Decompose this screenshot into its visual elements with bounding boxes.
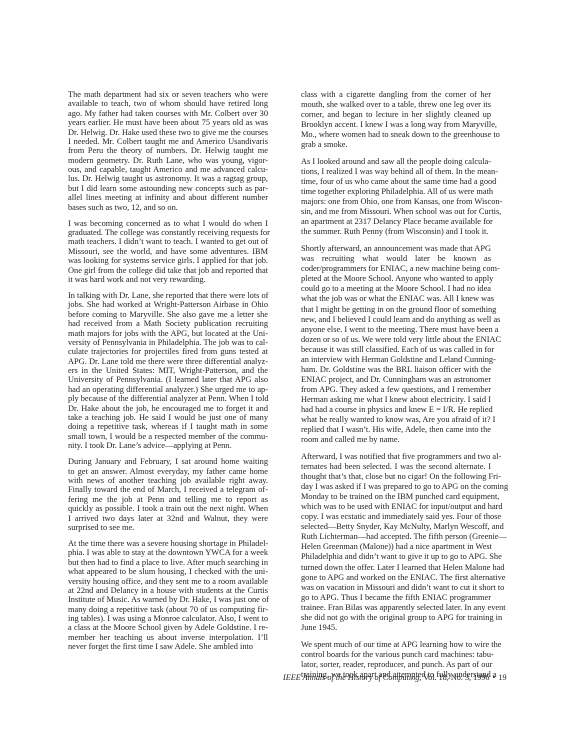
text-line: room and called me by name. bbox=[301, 435, 491, 445]
text-line: math teachers. I didn’t want to teach. I… bbox=[68, 237, 268, 246]
text-line: coder/programmers for ENIAC, a new machi… bbox=[301, 264, 491, 274]
text-line: Mo., where women had to sneak down to th… bbox=[301, 130, 491, 140]
text-line: turned down the offer. Later I learned t… bbox=[301, 563, 491, 573]
text-line: many doing a repetitive task (about 70 o… bbox=[68, 605, 268, 614]
text-line: Philadelphia and didn’t want to give it … bbox=[301, 552, 491, 562]
text-line: dozen or so of us. We were told very lit… bbox=[301, 335, 491, 345]
text-line: from APG. They asked a few questions, an… bbox=[301, 385, 491, 395]
text-line: At the time there was a severe housing s… bbox=[68, 539, 268, 548]
text-line: ers in the United States: MIT, Wright-Pa… bbox=[68, 366, 268, 375]
text-line: APG. Dr. Lane told me there were three d… bbox=[68, 357, 268, 366]
text-line: years earlier. He must have been about 7… bbox=[68, 118, 268, 127]
text-line: Herman asking me what I knew about elect… bbox=[301, 395, 491, 405]
paragraph: I was becoming concerned as to what I wo… bbox=[68, 219, 268, 285]
left-column: The math department had six or seven tea… bbox=[68, 90, 268, 658]
text-line: ing tables). I was using a Monroe calcul… bbox=[68, 614, 268, 623]
text-line: what appeared to be slum housing, I chec… bbox=[68, 567, 268, 576]
text-line: majors: one from Ohio, one from Kansas, … bbox=[301, 197, 491, 207]
text-line: nity. I took Dr. Lane’s advice—applying … bbox=[68, 441, 268, 450]
text-line: gone to APG and worked on the ENIAC. The… bbox=[301, 573, 491, 583]
text-line: with news of another teaching job availa… bbox=[68, 476, 268, 485]
page-number: 19 bbox=[498, 673, 506, 682]
text-line: what he really wanted to know was, Are y… bbox=[301, 415, 491, 425]
journal-page: The math department had six or seven tea… bbox=[0, 0, 580, 750]
text-line: thought that’s that, close but no cigar!… bbox=[301, 472, 491, 482]
text-line: tions, I realized I was way behind all o… bbox=[301, 167, 491, 177]
text-line: that I might be getting in on the ground… bbox=[301, 305, 491, 315]
text-line: jobs. She had worked at Wright-Patterson… bbox=[68, 300, 268, 309]
text-line: Dr. Helwig. Dr. Hake used these two to g… bbox=[68, 128, 268, 137]
text-line: One girl from the college did take that … bbox=[68, 266, 268, 275]
text-line: take a teaching job. He said I would be … bbox=[68, 413, 268, 422]
text-line: fering me the job at Penn and telling me… bbox=[68, 495, 268, 504]
paragraph: Afterward, I was notified that five prog… bbox=[301, 452, 491, 633]
text-line: math majors for jobs with the APG, but l… bbox=[68, 329, 268, 338]
text-line: a class at the Moore School given by Ade… bbox=[68, 623, 268, 632]
paragraph: In talking with Dr. Lane, she reported t… bbox=[68, 291, 268, 450]
text-line: time, four of us who came about the same… bbox=[301, 177, 491, 187]
text-line: ternates had been selected. I was the se… bbox=[301, 462, 491, 472]
text-line: had had a course in physics and knew E =… bbox=[301, 405, 491, 415]
text-line: grab a smoke. bbox=[301, 140, 491, 150]
text-line: I arrived two days later at 32nd and Wal… bbox=[68, 514, 268, 523]
bullet-separator: • bbox=[493, 673, 496, 682]
text-line: had received from a Math Society publica… bbox=[68, 319, 268, 328]
text-line: which was to be used with ENIAC for inpu… bbox=[301, 502, 491, 512]
text-line: but then had to find a place to live. Af… bbox=[68, 558, 268, 567]
text-line: because it was still classified. Each of… bbox=[301, 345, 491, 355]
text-line: the summer. Ruth Penny (from Wisconsin) … bbox=[301, 227, 491, 237]
text-line: Helen Greenman (Malone)) had a nice apar… bbox=[301, 542, 491, 552]
text-line: University of Pennsylvania. (I learned l… bbox=[68, 375, 268, 384]
text-line: she did not go with the original group t… bbox=[301, 613, 491, 623]
text-line: lus. Dr. Helwig taught us astronomy. It … bbox=[68, 174, 268, 183]
text-line: Missouri, see the world, and have some a… bbox=[68, 247, 268, 256]
paragraph: At the time there was a severe housing s… bbox=[68, 539, 268, 652]
text-line: at 22nd and Delancy in a house with stud… bbox=[68, 586, 268, 595]
text-line: surprised to see me. bbox=[68, 523, 268, 532]
text-line: Ruth Lichterman—had accepted. The fifth … bbox=[301, 532, 491, 542]
text-line: it was hard work and not very rewarding. bbox=[68, 275, 268, 284]
text-line: Brooklyn accent. I knew I was a long way… bbox=[301, 120, 491, 130]
text-line: As I looked around and saw all the peopl… bbox=[301, 157, 491, 167]
text-line: Finally toward the end of March, I recei… bbox=[68, 485, 268, 494]
text-line: what the job was or what the ENIAC was. … bbox=[301, 294, 491, 304]
right-column: class with a cigarette dangling from the… bbox=[301, 90, 491, 687]
text-line: copy. I was ecstatic and immediately sai… bbox=[301, 512, 491, 522]
text-line: small town, I would be a respected membe… bbox=[68, 432, 268, 441]
text-line: replied that I wasn’t. His wife, Adele, … bbox=[301, 425, 491, 435]
text-line: an apartment at 2317 Delancy Place becam… bbox=[301, 217, 491, 227]
text-line: mouth, she walked over to a table, threw… bbox=[301, 100, 491, 110]
text-line: trainee. Fran Bilas was apparently selec… bbox=[301, 603, 491, 613]
text-line: modern geometry. Dr. Ruth Lane, who was … bbox=[68, 156, 268, 165]
text-line: class with a cigarette dangling from the… bbox=[301, 90, 491, 100]
text-line: available to teach, two of whom should h… bbox=[68, 99, 268, 108]
text-line: versity housing office, and they sent me… bbox=[68, 577, 268, 586]
paragraph: class with a cigarette dangling from the… bbox=[301, 90, 491, 150]
text-line: was on vacation in Missouri and didn’t w… bbox=[301, 583, 491, 593]
text-line: bases such as two, 12, and so on. bbox=[68, 203, 268, 212]
page-footer: IEEE Annals of the History of Computing,… bbox=[283, 673, 489, 682]
issue-info: , Vol. 18, No. 3, 1996 bbox=[419, 673, 489, 682]
text-line: June 1945. bbox=[301, 623, 491, 633]
text-line: new, and I believed I could learn and do… bbox=[301, 315, 491, 325]
text-line: During January and February, I sat aroun… bbox=[68, 457, 268, 466]
text-line: time together exploring Philadelphia. Al… bbox=[301, 187, 491, 197]
text-line: was looking for systems service girls. I… bbox=[68, 256, 268, 265]
text-line: I was becoming concerned as to what I wo… bbox=[68, 219, 268, 228]
text-line: Dr. Hake about the job, he encouraged me… bbox=[68, 404, 268, 413]
text-line: day I was asked if I was prepared to go … bbox=[301, 482, 491, 492]
text-line: Monday to be trained on the IBM punched … bbox=[301, 492, 491, 502]
text-line: anyone else. I went to the meeting. Ther… bbox=[301, 325, 491, 335]
text-line: ENIAC project, and Dr. Cunningham was an… bbox=[301, 375, 491, 385]
text-line: sin, and me from Missouri. When school w… bbox=[301, 207, 491, 217]
text-line: could go to a meeting at the Moore Schoo… bbox=[301, 284, 491, 294]
text-line: quickly as possible. I took a train out … bbox=[68, 504, 268, 513]
paragraph: During January and February, I sat aroun… bbox=[68, 457, 268, 532]
text-line: Afterward, I was notified that five prog… bbox=[301, 452, 491, 462]
text-line: graduated. The college was constantly re… bbox=[68, 228, 268, 237]
text-line: In talking with Dr. Lane, she reported t… bbox=[68, 291, 268, 300]
text-line: allel lines meeting at infinity and abou… bbox=[68, 193, 268, 202]
text-line: corner, and began to lecture in her slig… bbox=[301, 110, 491, 120]
text-line: but I did learn some astounding new conc… bbox=[68, 184, 268, 193]
text-line: from Peru the theory of numbers. Dr. Hel… bbox=[68, 146, 268, 155]
text-line: versity of Pennsylvania in Philadelphia.… bbox=[68, 338, 268, 347]
text-line: member her teaching us about inverse int… bbox=[68, 633, 268, 642]
paragraph: Shortly afterward, an announcement was m… bbox=[301, 244, 491, 445]
text-line: Institute of Music. As warned by Dr. Hak… bbox=[68, 595, 268, 604]
paragraph: The math department had six or seven tea… bbox=[68, 90, 268, 212]
text-line: was recruiting what would later be known… bbox=[301, 254, 491, 264]
text-line: pleted at the Moore School. Anyone who w… bbox=[301, 274, 491, 284]
journal-title: IEEE Annals of the History of Computing bbox=[283, 673, 419, 682]
text-line: to get an answer. Almost everyday, my fa… bbox=[68, 467, 268, 476]
text-line: had an operating differential analyzer.)… bbox=[68, 385, 268, 394]
text-line: doing a repetitive task, whereas if I ta… bbox=[68, 422, 268, 431]
text-line: phia. I was able to stay at the downtown… bbox=[68, 548, 268, 557]
text-line: lator, sorter, reader, reproducer, and p… bbox=[301, 660, 491, 670]
text-line: ous, and capable, taught Americo and me … bbox=[68, 165, 268, 174]
paragraph: As I looked around and saw all the peopl… bbox=[301, 157, 491, 237]
text-line: go to APG. Thus I became the fifth ENIAC… bbox=[301, 593, 491, 603]
text-line: culate trajectories for projectiles fire… bbox=[68, 347, 268, 356]
text-line: ago. My father had taken courses with Mr… bbox=[68, 109, 268, 118]
text-line: before coming to Maryville. She also gav… bbox=[68, 310, 268, 319]
text-line: selected—Betty Snyder, Kay McNulty, Marl… bbox=[301, 522, 491, 532]
text-line: The math department had six or seven tea… bbox=[68, 90, 268, 99]
text-line: I needed. Mr. Colbert taught me and Amer… bbox=[68, 137, 268, 146]
text-line: Shortly afterward, an announcement was m… bbox=[301, 244, 491, 254]
text-line: ham. Dr. Goldstine was the BRL liaison o… bbox=[301, 365, 491, 375]
text-line: an interview with Herman Goldstine and L… bbox=[301, 355, 491, 365]
text-line: We spent much of our time at APG learnin… bbox=[301, 640, 491, 650]
text-line: ply because of the differential analyzer… bbox=[68, 394, 268, 403]
text-line: never forget the first time I saw Adele.… bbox=[68, 642, 268, 651]
text-line: control boards for the various punch car… bbox=[301, 650, 491, 660]
